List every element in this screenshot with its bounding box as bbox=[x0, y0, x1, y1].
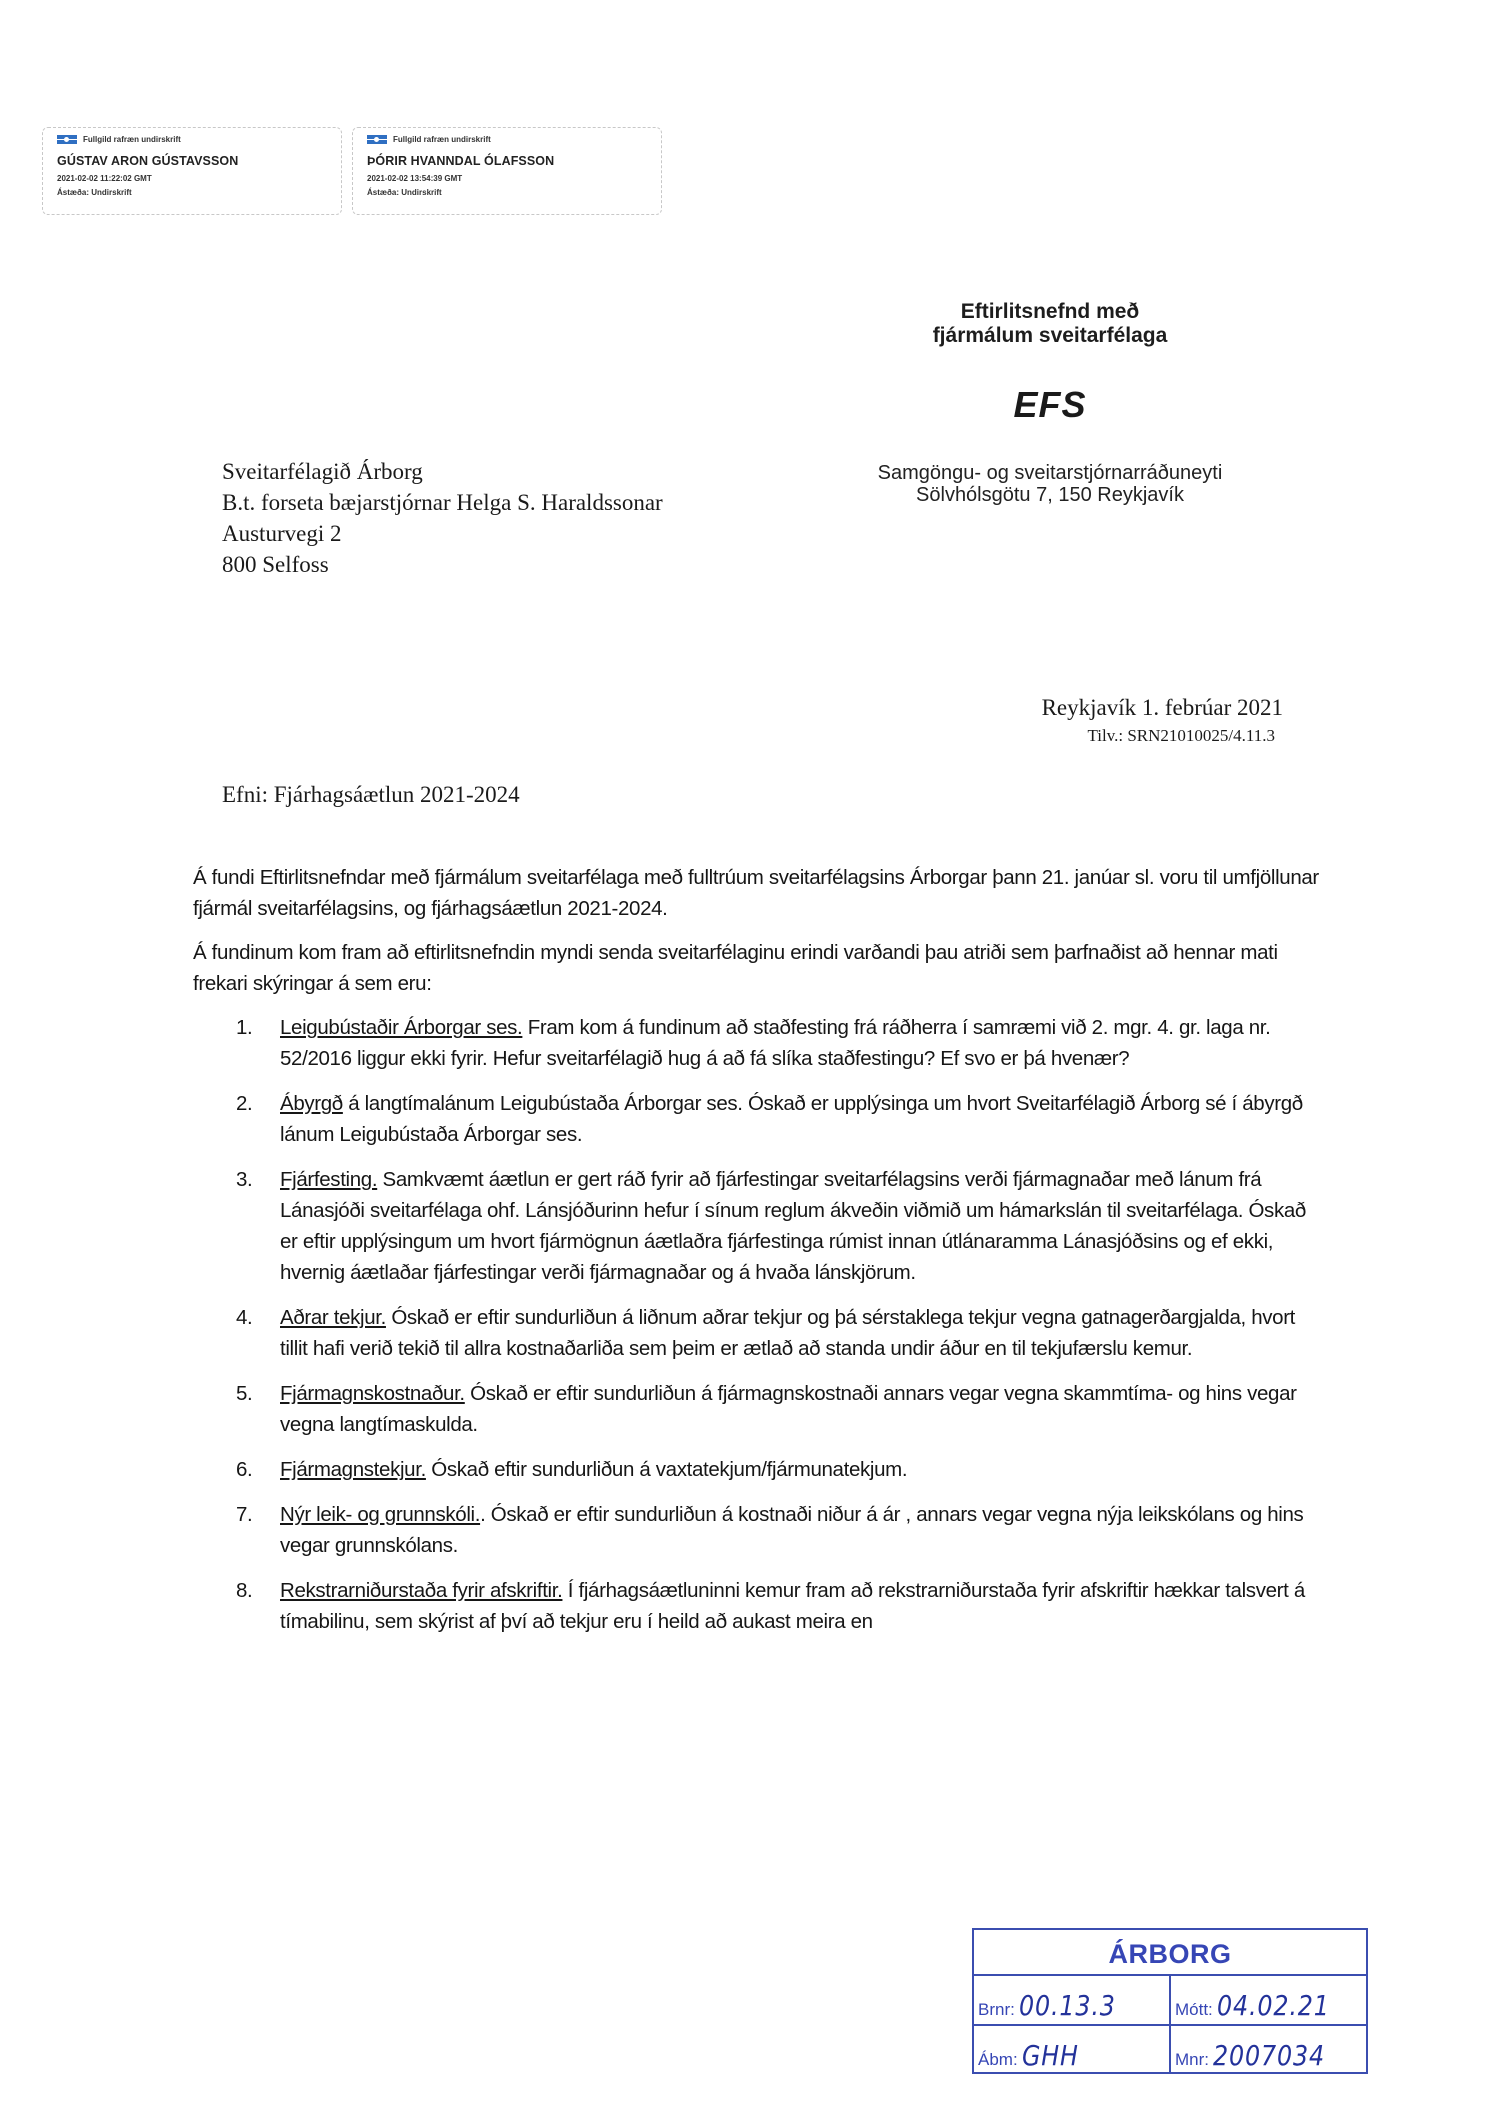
stamp-brnr-label: Brnr: bbox=[978, 2000, 1015, 2020]
letter-body: Á fundi Eftirlitsnefndar með fjármálum s… bbox=[193, 862, 1323, 1651]
list-item: 4.Aðrar tekjur. Óskað er eftir sundurlið… bbox=[193, 1302, 1323, 1364]
stamp-mott-label: Mótt: bbox=[1175, 2000, 1213, 2020]
list-item: 8.Rekstrarniðurstaða fyrir afskriftir. Í… bbox=[193, 1575, 1323, 1637]
ministry-address: Sölvhólsgötu 7, 150 Reykjavík bbox=[820, 484, 1280, 506]
recipient-line-1: Sveitarfélagið Árborg bbox=[222, 456, 663, 487]
stamp-abm-label: Ábm: bbox=[978, 2050, 1018, 2070]
item-number: 2. bbox=[193, 1088, 280, 1150]
list-item: 5.Fjármagnskostnaður. Óskað er eftir sun… bbox=[193, 1378, 1323, 1440]
stamp-mnr-label: Mnr: bbox=[1175, 2050, 1209, 2070]
list-item: 3.Fjárfesting. Samkvæmt áætlun er gert r… bbox=[193, 1164, 1323, 1288]
efs-logo: EFS bbox=[820, 384, 1280, 426]
item-content: Fjármagnskostnaður. Óskað er eftir sundu… bbox=[280, 1378, 1323, 1440]
stamp-mnr-value: 2007034 bbox=[1213, 2042, 1325, 2070]
stamp-row-2: Ábm: GHH Mnr: 2007034 bbox=[974, 2026, 1366, 2074]
stamp-mott-value: 04.02.21 bbox=[1217, 1992, 1330, 2020]
item-title: Fjármagnstekjur. bbox=[280, 1458, 426, 1481]
stamp-title: ÁRBORG bbox=[974, 1930, 1366, 1976]
recipient-line-4: 800 Selfoss bbox=[222, 549, 663, 580]
stamp-brnr-cell: Brnr: 00.13.3 bbox=[974, 1976, 1169, 2024]
reference-number: Tilv.: SRN21010025/4.11.3 bbox=[1042, 725, 1275, 747]
item-title: Ábyrgð bbox=[280, 1092, 343, 1115]
item-content: Rekstrarniðurstaða fyrir afskriftir. Í f… bbox=[280, 1575, 1323, 1637]
stamp-row-1: Brnr: 00.13.3 Mótt: 04.02.21 bbox=[974, 1976, 1366, 2026]
signature-reason: Ástæða: Undirskrift bbox=[367, 188, 647, 197]
signature-timestamp: 2021-02-02 13:54:39 GMT bbox=[367, 174, 647, 183]
dateline: Reykjavík 1. febrúar 2021 Tilv.: SRN2101… bbox=[1042, 694, 1283, 747]
recipient-address: Sveitarfélagið Árborg B.t. forseta bæjar… bbox=[222, 456, 663, 580]
numbered-items-list: 1.Leigubústaðir Árborgar ses. Fram kom á… bbox=[193, 1012, 1323, 1637]
item-text: Óskað eftir sundurliðun á vaxtatekjum/fj… bbox=[426, 1458, 907, 1481]
body-paragraph-2: Á fundinum kom fram að eftirlitsnefndin … bbox=[193, 937, 1323, 999]
sender-letterhead: Eftirlitsnefnd með fjármálum sveitarféla… bbox=[820, 300, 1280, 506]
item-content: Aðrar tekjur. Óskað er eftir sundurliðun… bbox=[280, 1302, 1323, 1364]
list-item: 6.Fjármagnstekjur. Óskað eftir sundurlið… bbox=[193, 1454, 1323, 1485]
list-item: 7.Nýr leik- og grunnskóli.. Óskað er eft… bbox=[193, 1499, 1323, 1561]
list-item: 1.Leigubústaðir Árborgar ses. Fram kom á… bbox=[193, 1012, 1323, 1074]
stamp-abm-value: GHH bbox=[1022, 2042, 1079, 2070]
signature-timestamp: 2021-02-02 11:22:02 GMT bbox=[57, 174, 327, 183]
e-signature-logo-icon bbox=[367, 135, 387, 144]
stamp-abm-cell: Ábm: GHH bbox=[974, 2026, 1169, 2074]
list-item: 2.Ábyrgð á langtímalánum Leigubústaða Ár… bbox=[193, 1088, 1323, 1150]
signature-header: Fullgild rafræn undirskrift bbox=[57, 132, 327, 146]
item-text: á langtímalánum Leigubústaða Árborgar se… bbox=[280, 1092, 1303, 1146]
e-signature-box-1: Fullgild rafræn undirskrift GÚSTAV ARON … bbox=[42, 127, 342, 215]
ministry-name: Samgöngu- og sveitarstjórnarráðuneyti bbox=[820, 462, 1280, 484]
body-paragraph-1: Á fundi Eftirlitsnefndar með fjármálum s… bbox=[193, 862, 1323, 924]
signature-header: Fullgild rafræn undirskrift bbox=[367, 132, 647, 146]
stamp-brnr-value: 00.13.3 bbox=[1019, 1992, 1116, 2020]
item-number: 5. bbox=[193, 1378, 280, 1440]
item-number: 1. bbox=[193, 1012, 280, 1074]
receipt-stamp: ÁRBORG Brnr: 00.13.3 Mótt: 04.02.21 Ábm:… bbox=[972, 1928, 1368, 2074]
item-content: Leigubústaðir Árborgar ses. Fram kom á f… bbox=[280, 1012, 1323, 1074]
item-content: Nýr leik- og grunnskóli.. Óskað er eftir… bbox=[280, 1499, 1323, 1561]
signer-name: GÚSTAV ARON GÚSTAVSSON bbox=[57, 154, 327, 168]
letter-date: Reykjavík 1. febrúar 2021 bbox=[1042, 694, 1283, 722]
item-number: 4. bbox=[193, 1302, 280, 1364]
item-content: Fjárfesting. Samkvæmt áætlun er gert ráð… bbox=[280, 1164, 1323, 1288]
stamp-mnr-cell: Mnr: 2007034 bbox=[1169, 2026, 1366, 2074]
letter-subject: Efni: Fjárhagsáætlun 2021-2024 bbox=[222, 782, 520, 808]
item-title: Rekstrarniðurstaða fyrir afskriftir. bbox=[280, 1579, 562, 1602]
recipient-line-3: Austurvegi 2 bbox=[222, 518, 663, 549]
signer-name: ÞÓRIR HVANNDAL ÓLAFSSON bbox=[367, 154, 647, 168]
item-number: 7. bbox=[193, 1499, 280, 1561]
item-title: Fjármagnskostnaður. bbox=[280, 1382, 465, 1405]
committee-name-line-1: Eftirlitsnefnd með bbox=[820, 300, 1280, 324]
e-signature-box-2: Fullgild rafræn undirskrift ÞÓRIR HVANND… bbox=[352, 127, 662, 215]
item-text: Samkvæmt áætlun er gert ráð fyrir að fjá… bbox=[280, 1168, 1306, 1284]
signature-header-label: Fullgild rafræn undirskrift bbox=[83, 135, 181, 144]
item-title: Nýr leik- og grunnskóli. bbox=[280, 1503, 480, 1526]
item-title: Aðrar tekjur. bbox=[280, 1306, 386, 1329]
item-title: Fjárfesting. bbox=[280, 1168, 377, 1191]
signature-reason: Ástæða: Undirskrift bbox=[57, 188, 327, 197]
item-title: Leigubústaðir Árborgar ses. bbox=[280, 1016, 522, 1039]
recipient-line-2: B.t. forseta bæjarstjórnar Helga S. Hara… bbox=[222, 487, 663, 518]
committee-name-line-2: fjármálum sveitarfélaga bbox=[820, 324, 1280, 348]
item-number: 3. bbox=[193, 1164, 280, 1288]
e-signature-logo-icon bbox=[57, 135, 77, 144]
item-content: Fjármagnstekjur. Óskað eftir sundurliðun… bbox=[280, 1454, 1323, 1485]
item-number: 8. bbox=[193, 1575, 280, 1637]
item-number: 6. bbox=[193, 1454, 280, 1485]
stamp-mott-cell: Mótt: 04.02.21 bbox=[1169, 1976, 1366, 2024]
signature-header-label: Fullgild rafræn undirskrift bbox=[393, 135, 491, 144]
item-content: Ábyrgð á langtímalánum Leigubústaða Árbo… bbox=[280, 1088, 1323, 1150]
item-text: Óskað er eftir sundurliðun á liðnum aðra… bbox=[280, 1306, 1295, 1360]
